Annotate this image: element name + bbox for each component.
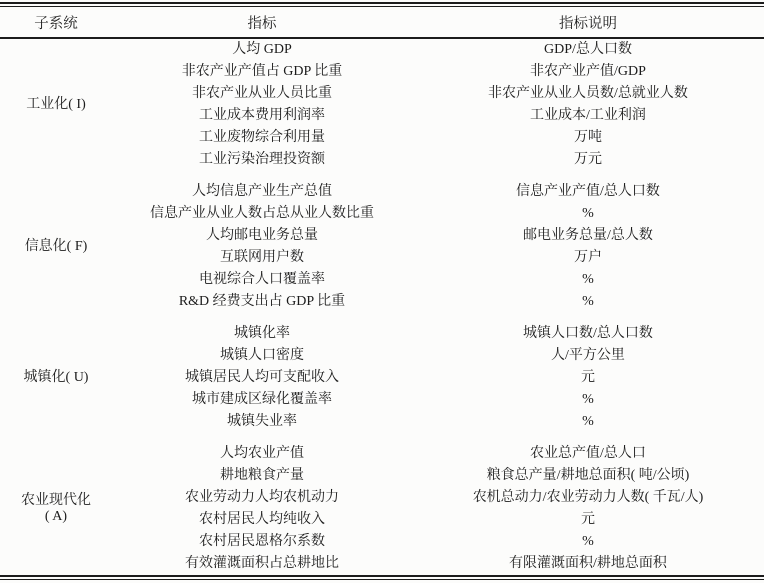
paper-table-sheet: 子系统 指标 指标说明 工业化( I) 人均 GDP GDP/总人口数 非农产业… <box>0 0 764 580</box>
table-row: 有效灌溉面积占总耕地比 有限灌溉面积/耕地总面积 <box>0 553 764 575</box>
table-row: 非农产业产值占 GDP 比重 非农产业产值/GDP <box>0 61 764 83</box>
column-header-subsystem: 子系统 <box>0 7 112 38</box>
table-row: 城市建成区绿化覆盖率 % <box>0 389 764 411</box>
description-cell: 有限灌溉面积/耕地总面积 <box>412 553 764 575</box>
column-header-indicator: 指标 <box>112 7 412 38</box>
indicator-cell: 人均农业产值 <box>112 433 412 465</box>
table-row: 城镇人口密度 人/平方公里 <box>0 345 764 367</box>
description-cell: 农业总产值/总人口 <box>412 433 764 465</box>
indicator-cell: 城市建成区绿化覆盖率 <box>112 389 412 411</box>
table-row: 非农产业从业人员比重 非农产业从业人员数/总就业人数 <box>0 83 764 105</box>
indicator-cell: 人均邮电业务总量 <box>112 225 412 247</box>
description-cell: % <box>412 291 764 313</box>
description-cell: % <box>412 531 764 553</box>
description-cell: 万吨 <box>412 127 764 149</box>
table-row: 工业化( I) 人均 GDP GDP/总人口数 <box>0 38 764 61</box>
description-cell: 元 <box>412 509 764 531</box>
indicator-cell: 信息产业从业人数占总从业人数比重 <box>112 203 412 225</box>
indicator-cell: 人均信息产业生产总值 <box>112 171 412 203</box>
description-cell: 万元 <box>412 149 764 171</box>
indicator-cell: 非农产业从业人员比重 <box>112 83 412 105</box>
indicator-cell: 互联网用户数 <box>112 247 412 269</box>
subsystem-cell-urbanization: 城镇化( U) <box>0 313 112 433</box>
description-cell: 城镇人口数/总人口数 <box>412 313 764 345</box>
table-header-row: 子系统 指标 指标说明 <box>0 7 764 38</box>
table-row: 城镇居民人均可支配收入 元 <box>0 367 764 389</box>
indicator-cell: 有效灌溉面积占总耕地比 <box>112 553 412 575</box>
indicator-cell: 城镇失业率 <box>112 411 412 433</box>
table-row: 工业成本费用利润率 工业成本/工业利润 <box>0 105 764 127</box>
description-cell: % <box>412 269 764 291</box>
description-cell: 万户 <box>412 247 764 269</box>
indicator-cell: 城镇人口密度 <box>112 345 412 367</box>
subsystem-label-line: ( A) <box>0 509 112 525</box>
indicator-cell: 非农产业产值占 GDP 比重 <box>112 61 412 83</box>
table-row: 互联网用户数 万户 <box>0 247 764 269</box>
column-header-description: 指标说明 <box>412 7 764 38</box>
table-row: 工业废物综合利用量 万吨 <box>0 127 764 149</box>
description-cell: 信息产业产值/总人口数 <box>412 171 764 203</box>
table-row: 农村居民恩格尔系数 % <box>0 531 764 553</box>
indicator-cell: 城镇居民人均可支配收入 <box>112 367 412 389</box>
description-cell: 工业成本/工业利润 <box>412 105 764 127</box>
description-cell: 元 <box>412 367 764 389</box>
table-row: 电视综合人口覆盖率 % <box>0 269 764 291</box>
indicator-cell: 农村居民人均纯收入 <box>112 509 412 531</box>
indicator-cell: 工业污染治理投资额 <box>112 149 412 171</box>
indicator-cell: 工业废物综合利用量 <box>112 127 412 149</box>
description-cell: 非农产业产值/GDP <box>412 61 764 83</box>
subsystem-cell-informatization: 信息化( F) <box>0 171 112 313</box>
indicator-table: 子系统 指标 指标说明 工业化( I) 人均 GDP GDP/总人口数 非农产业… <box>0 7 764 575</box>
table-row: 信息产业从业人数占总从业人数比重 % <box>0 203 764 225</box>
table-row: 农村居民人均纯收入 元 <box>0 509 764 531</box>
description-cell: 人/平方公里 <box>412 345 764 367</box>
description-cell: GDP/总人口数 <box>412 38 764 61</box>
table-row: 城镇化( U) 城镇化率 城镇人口数/总人口数 <box>0 313 764 345</box>
table-row: R&D 经费支出占 GDP 比重 % <box>0 291 764 313</box>
indicator-cell: 耕地粮食产量 <box>112 465 412 487</box>
description-cell: % <box>412 389 764 411</box>
table-row: 城镇失业率 % <box>0 411 764 433</box>
description-cell: 邮电业务总量/总人数 <box>412 225 764 247</box>
table-row: 人均邮电业务总量 邮电业务总量/总人数 <box>0 225 764 247</box>
indicator-cell: 人均 GDP <box>112 38 412 61</box>
indicator-cell: 电视综合人口覆盖率 <box>112 269 412 291</box>
table-bottom-rule <box>0 575 764 580</box>
table-row: 耕地粮食产量 粮食总产量/耕地总面积( 吨/公顷) <box>0 465 764 487</box>
indicator-cell: 农村居民恩格尔系数 <box>112 531 412 553</box>
subsystem-cell-agricultural-modernization: 农业现代化 ( A) <box>0 433 112 575</box>
subsystem-label-line: 农业现代化 <box>0 493 112 509</box>
indicator-cell: 农业劳动力人均农机动力 <box>112 487 412 509</box>
indicator-cell: 工业成本费用利润率 <box>112 105 412 127</box>
subsystem-cell-industrialization: 工业化( I) <box>0 38 112 171</box>
description-cell: 粮食总产量/耕地总面积( 吨/公顷) <box>412 465 764 487</box>
description-cell: % <box>412 203 764 225</box>
table-row: 工业污染治理投资额 万元 <box>0 149 764 171</box>
table-row: 信息化( F) 人均信息产业生产总值 信息产业产值/总人口数 <box>0 171 764 203</box>
table-row: 农业劳动力人均农机动力 农机总动力/农业劳动力人数( 千瓦/人) <box>0 487 764 509</box>
description-cell: % <box>412 411 764 433</box>
description-cell: 非农产业从业人员数/总就业人数 <box>412 83 764 105</box>
indicator-cell: 城镇化率 <box>112 313 412 345</box>
indicator-cell: R&D 经费支出占 GDP 比重 <box>112 291 412 313</box>
description-cell: 农机总动力/农业劳动力人数( 千瓦/人) <box>412 487 764 509</box>
table-row: 农业现代化 ( A) 人均农业产值 农业总产值/总人口 <box>0 433 764 465</box>
